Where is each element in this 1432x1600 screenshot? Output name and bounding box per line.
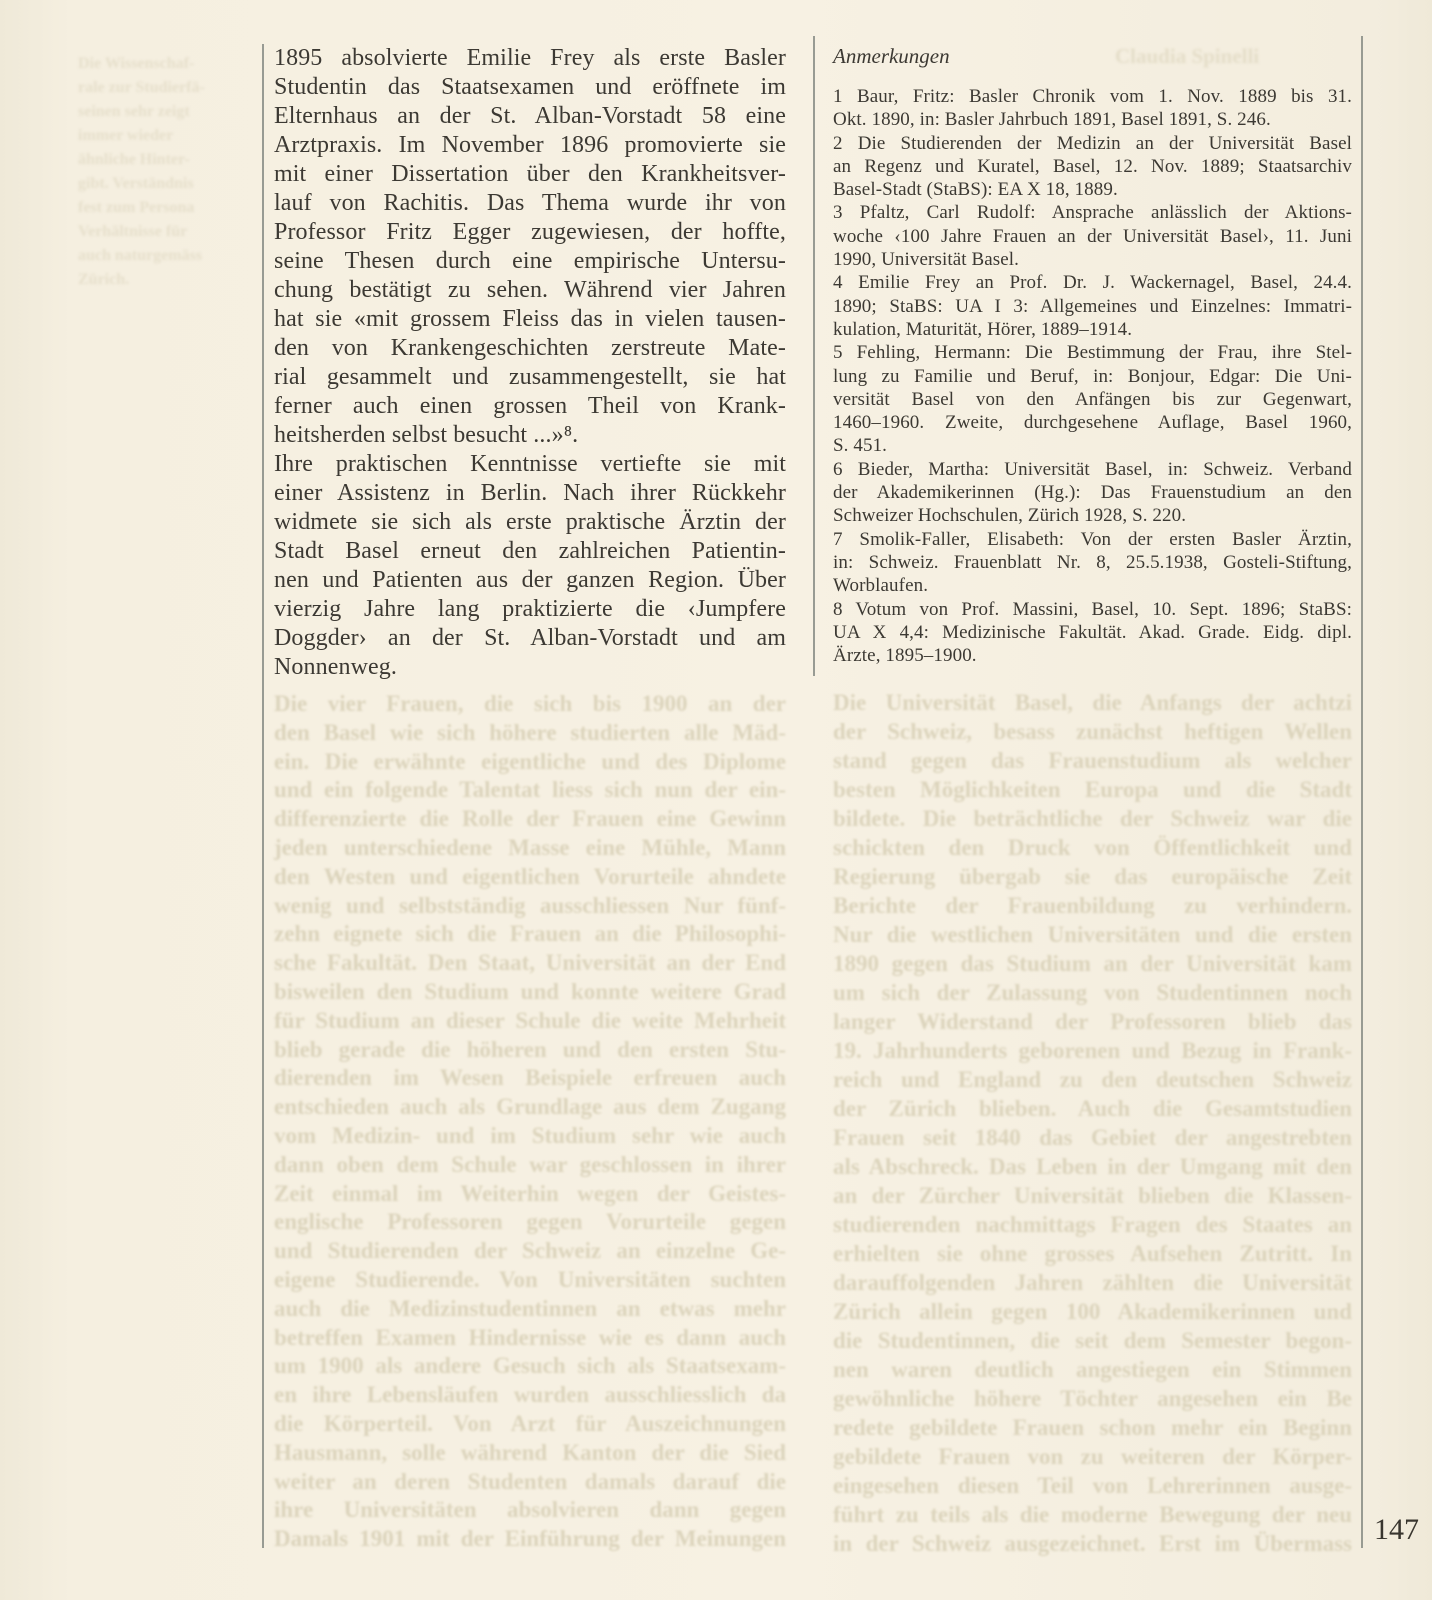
text-line: Frauen seit 1840 das Gebiet der angestre… [833, 1123, 1352, 1152]
text-line: ferner auch einen grossen Theil von Kran… [274, 392, 786, 421]
text-line: kulation, Maturität, Hörer, 1889–1914. [833, 318, 1352, 341]
text-line: 1895 absolvierte Emilie Frey als erste B… [274, 44, 786, 73]
text-line: Zeit einmal im Weiterhin wegen der Geist… [274, 1180, 786, 1209]
middle-column-rule [813, 36, 815, 676]
text-line: Professor Fritz Egger zugewiesen, der ho… [274, 218, 786, 247]
text-line: 1460–1960. Zweite, durchgesehene Auflage… [833, 411, 1352, 434]
text-line: Elternhaus an der St. Alban-Vorstadt 58 … [274, 102, 786, 131]
text-line: langer Widerstand der Professoren blieb … [833, 1007, 1352, 1036]
paragraph: Ihre praktischen Kenntnisse vertiefte si… [274, 450, 786, 682]
text-line: 8 Votum von Prof. Massini, Basel, 10. Se… [833, 598, 1352, 621]
text-line: sche Fakultät. Den Staat, Universität an… [274, 949, 786, 978]
text-line: Studentin das Staatsexamen und eröffnete… [274, 73, 786, 102]
text-line: 19. Jahrhunderts geborenen und Bezug in … [833, 1036, 1352, 1065]
text-line: heitsherden selbst besucht ...»⁸. [274, 421, 786, 450]
paragraph: 7 Smolik-Faller, Elisabeth: Von der erst… [833, 528, 1352, 598]
text-line: Berichte der Frauenbildung zu verhindern… [833, 891, 1352, 920]
text-line: 1890; StaBS: UA I 3: Allgemeines und Ein… [833, 295, 1352, 318]
text-line: der Schweiz, besass zunächst heftigen We… [833, 717, 1352, 746]
text-line: den von Krankengeschichten zerstreute Ma… [274, 334, 786, 363]
right-column-rule [1361, 36, 1363, 1548]
text-line: lung zu Familie und Beruf, in: Bonjour, … [833, 365, 1352, 388]
text-line: nen und Patienten aus der ganzen Region.… [274, 566, 786, 595]
text-line: ein. Die erwähnte eigentliche und des Di… [274, 748, 786, 777]
bleedthrough-right-column: Die Universität Basel, die Anfangs der a… [833, 688, 1352, 1558]
text-line: Ihre praktischen Kenntnisse vertiefte si… [274, 450, 786, 479]
text-line: und Studierenden der Schweiz an einzelne… [274, 1237, 786, 1266]
page-number: 147 [1374, 1514, 1419, 1546]
text-line: 1890 gegen das Studium an der Universitä… [833, 949, 1352, 978]
text-line: den Basel wie sich höhere studierten all… [274, 719, 786, 748]
paragraph: 5 Fehling, Hermann: Die Bestimmung der F… [833, 341, 1352, 457]
annotations-list: 1 Baur, Fritz: Basler Chronik vom 1. Nov… [833, 85, 1352, 667]
text-line: studierenden nachmittags Fragen des Staa… [833, 1210, 1352, 1239]
text-line: die Studentinnen, die seit dem Semester … [833, 1326, 1352, 1355]
text-line: seine Thesen durch eine empirische Unter… [274, 247, 786, 276]
text-line: wenig und selbstständig ausschliessen Nu… [274, 892, 786, 921]
annotations-heading: Anmerkungen [833, 44, 1352, 68]
text-line: an Regenz und Kuratel, Basel, 12. Nov. 1… [833, 155, 1352, 178]
text-line: Hausmann, solle während Kanton der die S… [274, 1439, 786, 1468]
text-line: der Zürich blieben. Auch die Gesamtstudi… [833, 1094, 1352, 1123]
text-line: dann oben dem Schule war geschlossen in … [274, 1151, 786, 1180]
text-line: UA X 4,4: Medizinische Fakultät. Akad. G… [833, 621, 1352, 644]
text-line: seinen sehr zeigt [78, 100, 230, 124]
text-line: 1 Baur, Fritz: Basler Chronik vom 1. Nov… [833, 85, 1352, 108]
paragraph: 1 Baur, Fritz: Basler Chronik vom 1. Nov… [833, 85, 1352, 132]
text-line: Nur die westlichen Universitäten und die… [833, 920, 1352, 949]
text-line: Doggder› an der St. Alban-Vorstadt und a… [274, 624, 786, 653]
text-line: ähnliche Hinter- [78, 148, 230, 172]
text-line: der Akademikerinnen (Hg.): Das Frauenstu… [833, 481, 1352, 504]
text-line: schickten den Druck von Öffentlichkeit u… [833, 833, 1352, 862]
text-line: lauf von Rachitis. Das Thema wurde ihr v… [274, 189, 786, 218]
text-line: englische Professoren gegen Vorurteile g… [274, 1208, 786, 1237]
text-line: rial gesammelt und zusammengestellt, sie… [274, 363, 786, 392]
text-line: an der Zürcher Universität blieben die K… [833, 1181, 1352, 1210]
bleedthrough-margin-caption: Die Wissenschaf-rale zur Studierfä-seine… [78, 52, 230, 292]
text-line: gibt. Verständnis [78, 172, 230, 196]
text-line: versität Basel von den Anfängen bis zur … [833, 388, 1352, 411]
text-line: entschieden auch als Grundlage aus dem Z… [274, 1093, 786, 1122]
text-line: dierenden im Wesen Beispiele erfreuen au… [274, 1064, 786, 1093]
text-line: betreffen Examen Hindernisse wie es dann… [274, 1324, 786, 1353]
text-line: blieb gerade die höheren und den ersten … [274, 1036, 786, 1065]
text-line: Verhältnisse für [78, 220, 230, 244]
text-line: 6 Bieder, Martha: Universität Basel, in:… [833, 458, 1352, 481]
text-line: S. 451. [833, 434, 1352, 457]
text-line: vom Medizin- und im Studium sehr wie auc… [274, 1122, 786, 1151]
text-line: besten Möglichkeiten Europa und die Stad… [833, 775, 1352, 804]
text-line: 5 Fehling, Hermann: Die Bestimmung der F… [833, 341, 1352, 364]
text-line: differenzierte die Rolle der Frauen eine… [274, 805, 786, 834]
text-line: Schweizer Hochschulen, Zürich 1928, S. 2… [833, 504, 1352, 527]
text-line: Die vier Frauen, die sich bis 1900 an de… [274, 690, 786, 719]
main-text-column: 1895 absolvierte Emilie Frey als erste B… [274, 44, 786, 682]
text-line: Ärzte, 1895–1900. [833, 644, 1352, 667]
text-line: eingesehen diesen Teil von Lehrerinnen a… [833, 1471, 1352, 1500]
text-line: jeden unterschiedene Masse eine Mühle, M… [274, 834, 786, 863]
text-line: Zürich. [78, 268, 230, 292]
text-line: bildete. Die beträchtliche der Schweiz w… [833, 804, 1352, 833]
text-line: darauffolgenden Jahren zählten die Unive… [833, 1268, 1352, 1297]
text-line: vierzig Jahre lang praktizierte die ‹Jum… [274, 595, 786, 624]
text-line: in: Schweiz. Frauenblatt Nr. 8, 25.5.193… [833, 551, 1352, 574]
text-line: reich und England zu den deutschen Schwe… [833, 1065, 1352, 1094]
scanned-book-page: Die Wissenschaf-rale zur Studierfä-seine… [0, 0, 1432, 1600]
text-line: eigene Studierende. Von Universitäten su… [274, 1266, 786, 1295]
paragraph: 1895 absolvierte Emilie Frey als erste B… [274, 44, 786, 450]
text-line: Okt. 1890, in: Basler Jahrbuch 1891, Bas… [833, 108, 1352, 131]
text-line: um 1900 als andere Gesuch sich als Staat… [274, 1352, 786, 1381]
text-line: 2 Die Studierenden der Medizin an der Un… [833, 132, 1352, 155]
text-line: nen waren deutlich angestiegen ein Stimm… [833, 1355, 1352, 1384]
paragraph: 6 Bieder, Martha: Universität Basel, in:… [833, 458, 1352, 528]
text-line: für Studium an dieser Schule die weite M… [274, 1007, 786, 1036]
text-line: hat sie «mit grossem Fleiss das in viele… [274, 305, 786, 334]
annotations-column: Anmerkungen 1 Baur, Fritz: Basler Chroni… [833, 44, 1352, 667]
text-line: ihre Universitäten absolvieren dann gege… [274, 1496, 786, 1525]
text-line: einer Assistenz in Berlin. Nach ihrer Rü… [274, 479, 786, 508]
paragraph: 4 Emilie Frey an Prof. Dr. J. Wackernage… [833, 271, 1352, 341]
text-line: Worblaufen. [833, 574, 1352, 597]
text-line: gebildete Frauen von zu weiteren der Kör… [833, 1442, 1352, 1471]
text-line: den Westen und eigentlichen Vorurteile a… [274, 863, 786, 892]
text-line: rale zur Studierfä- [78, 76, 230, 100]
text-line: 1990, Universität Basel. [833, 248, 1352, 271]
text-line: und ein folgende Talentat liess sich nun… [274, 776, 786, 805]
text-line: auch naturgemäss [78, 244, 230, 268]
text-line: mit einer Dissertation über den Krankhei… [274, 160, 786, 189]
text-line: Zürich allein gegen 100 Akademikerinnen … [833, 1297, 1352, 1326]
text-line: en ihre Lebensläufen wurden ausschliessl… [274, 1381, 786, 1410]
text-line: chung bestätigt zu sehen. Während vier J… [274, 276, 786, 305]
text-line: redete gebildete Frauen schon mehr ein B… [833, 1413, 1352, 1442]
paragraph: 8 Votum von Prof. Massini, Basel, 10. Se… [833, 598, 1352, 668]
text-line: widmete sie sich als erste praktische Är… [274, 508, 786, 537]
text-line: die Körperteil. Von Arzt für Auszeichnun… [274, 1410, 786, 1439]
text-line: weiter an deren Studenten damals darauf … [274, 1468, 786, 1497]
text-line: Basel-Stadt (StaBS): EA X 18, 1889. [833, 178, 1352, 201]
text-line: Die Wissenschaf- [78, 52, 230, 76]
text-line: woche ‹100 Jahre Frauen an der Universit… [833, 225, 1352, 248]
text-line: Arztpraxis. Im November 1896 promovierte… [274, 131, 786, 160]
text-line: zehn eignete sich die Frauen an die Phil… [274, 920, 786, 949]
text-line: Stadt Basel erneut den zahlreichen Patie… [274, 537, 786, 566]
text-line: erhielten sie ohne grosses Aufsehen Zutr… [833, 1239, 1352, 1268]
text-line: 4 Emilie Frey an Prof. Dr. J. Wackernage… [833, 271, 1352, 294]
left-column-rule [262, 44, 264, 1548]
paragraph: 2 Die Studierenden der Medizin an der Un… [833, 132, 1352, 202]
paragraph: 3 Pfaltz, Carl Rudolf: Ansprache anlässl… [833, 201, 1352, 271]
text-line: gewöhnliche höhere Töchter angesehen ein… [833, 1384, 1352, 1413]
text-line: Regierung übergab sie das europäische Ze… [833, 862, 1352, 891]
bleedthrough-left-column: Die vier Frauen, die sich bis 1900 an de… [274, 690, 786, 1554]
text-line: Damals 1901 mit der Einführung der Meinu… [274, 1525, 786, 1554]
text-line: führt zu teils als die moderne Bewegung … [833, 1500, 1352, 1529]
text-line: 3 Pfaltz, Carl Rudolf: Ansprache anlässl… [833, 201, 1352, 224]
text-line: stand gegen das Frauenstudium als welche… [833, 746, 1352, 775]
text-line: Nonnenweg. [274, 653, 786, 682]
text-line: bisweilen den Studium und konnte weitere… [274, 978, 786, 1007]
text-line: auch die Medizinstudentinnen an etwas me… [274, 1295, 786, 1324]
text-line: in der Schweiz ausgezeichnet. Erst im Üb… [833, 1529, 1352, 1558]
text-line: um sich der Zulassung von Studentinnen n… [833, 978, 1352, 1007]
text-line: 7 Smolik-Faller, Elisabeth: Von der erst… [833, 528, 1352, 551]
text-line: fest zum Persona [78, 196, 230, 220]
text-line: immer wieder [78, 124, 230, 148]
text-line: als Abschreck. Das Leben in der Umgang m… [833, 1152, 1352, 1181]
text-line: Die Universität Basel, die Anfangs der a… [833, 688, 1352, 717]
